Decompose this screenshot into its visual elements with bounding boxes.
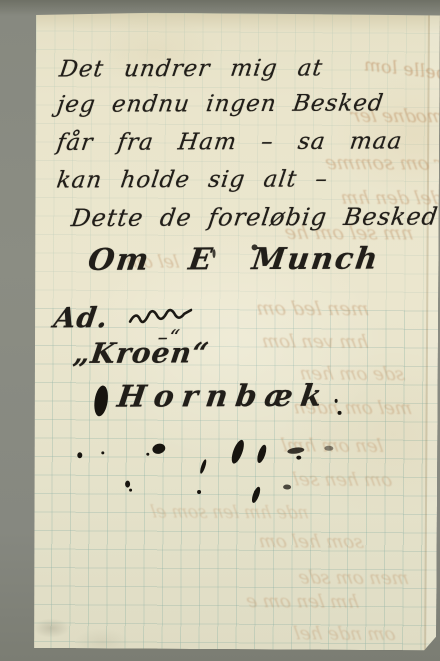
- ink-speck: [254, 490, 257, 493]
- ink-smear: [287, 446, 305, 454]
- ink-speck: [101, 451, 104, 454]
- ink-stroke: [229, 438, 246, 465]
- ink-stroke: [255, 444, 268, 464]
- photo-of-handwritten-letter: { "document": { "kind": "photograph of a…: [0, 0, 440, 661]
- handwriting-line-8-kroen: „Kroen“: [72, 336, 212, 370]
- letter-page: forbelle lom hm modne ler hver om somme …: [32, 12, 440, 650]
- handwriting-line-9-hornbaek: Hornbæk: [115, 379, 332, 415]
- handwriting-line-6-om-e-munch: Om E Munch: [86, 242, 382, 278]
- handwriting-line-5: Dette de foreløbig Besked: [70, 203, 440, 233]
- ink-speck: [129, 489, 132, 492]
- ink-speck: [252, 244, 258, 250]
- bleedthrough-text: som hel om: [257, 531, 365, 553]
- ink-speck: [77, 452, 82, 458]
- handwriting-line-4: kan holde sig alt –: [55, 166, 330, 193]
- ink-blot: [92, 385, 109, 418]
- ink-speck: [296, 456, 301, 460]
- ink-blot: [151, 442, 166, 455]
- ink-speck: [125, 481, 130, 488]
- handwriting-line-3: får fra Ham – sa maa: [55, 128, 404, 155]
- ink-stroke: [199, 459, 208, 474]
- ink-speck: [197, 490, 201, 494]
- ink-speck: [213, 249, 216, 258]
- ink-smear: [324, 446, 333, 451]
- bleedthrough-text: hver om somme: [323, 152, 440, 175]
- handwriting-line-7-ad: Ad.: [52, 301, 111, 334]
- ink-speck: [335, 399, 338, 403]
- bleedthrough-text: om nde hel: [292, 624, 397, 646]
- ink-stroke: [250, 486, 262, 504]
- bleedthrough-text: hm len om e: [245, 591, 361, 613]
- handwriting-line-1: Det undrer mig at: [58, 55, 325, 82]
- ink-smear: [283, 485, 291, 490]
- bleedthrough-text: men led om: [254, 297, 370, 320]
- handwriting-line-2: jeg endnu ingen Besked: [55, 90, 385, 117]
- bleedthrough-text: om hen sel: [291, 470, 393, 492]
- bleedthrough-text: nde hm len som el: [149, 503, 310, 524]
- scribble-strikeout: [128, 307, 192, 329]
- ink-speck: [338, 411, 342, 415]
- ink-speck: [146, 453, 149, 456]
- bleedthrough-text: men om sde: [297, 568, 411, 590]
- bleedthrough-text: hm ven lom: [260, 331, 370, 353]
